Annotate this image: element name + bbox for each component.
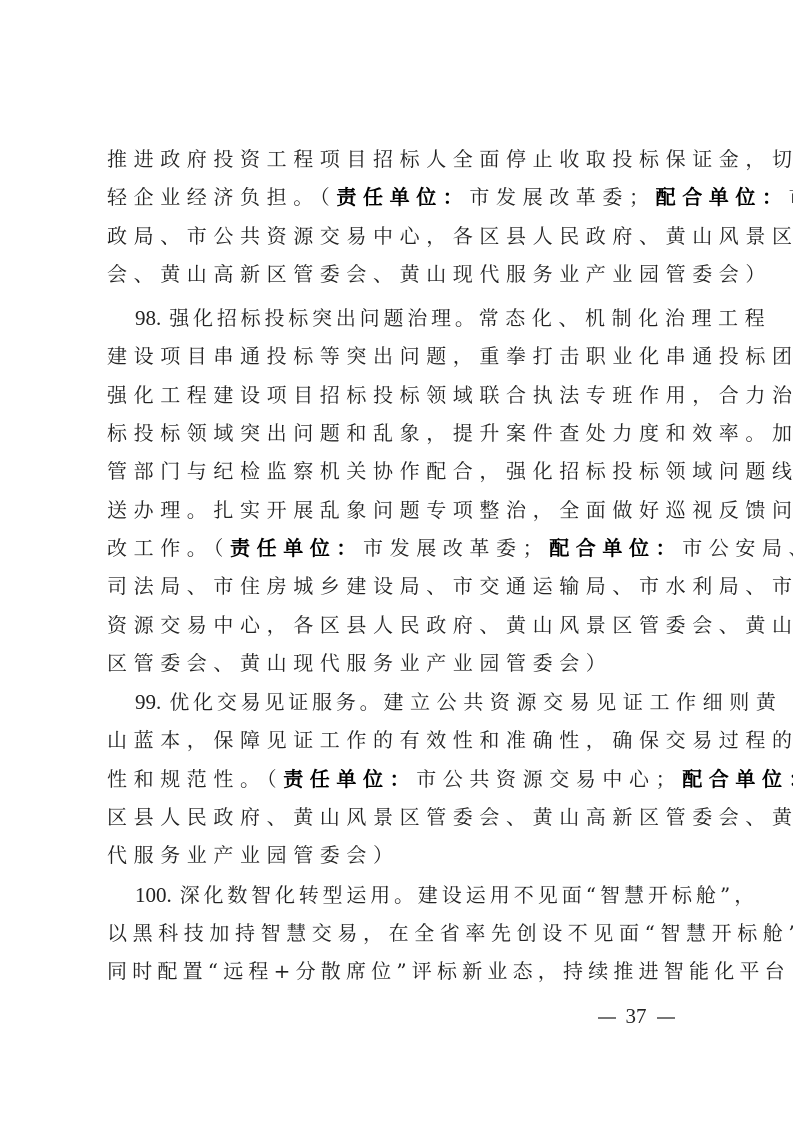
text-line: 以黑科技加持智慧交易，在全省率先创设不见面“智慧开标舱”， <box>107 914 699 952</box>
text-line: 区管委会、黄山现代服务业产业园管委会） <box>107 644 699 682</box>
item-number: 99. <box>135 690 161 714</box>
responsible-unit-label: 责任单位： <box>230 536 363 560</box>
text-segment: 建立公共资源交易见证工作细则黄 <box>383 690 782 714</box>
cooperating-unit-value: 市财 <box>789 185 793 209</box>
responsible-unit-value: 市公共资源交易中心； <box>416 767 682 791</box>
page-number-footer: 37 <box>586 1004 686 1029</box>
text-line: 建设项目串通投标等突出问题，重拳打击职业化串通投标团伙。 <box>107 337 699 375</box>
text-line: 区县人民政府、黄山风景区管委会、黄山高新区管委会、黄山现 <box>107 798 699 836</box>
text-line: 司法局、市住房城乡建设局、市交通运输局、市水利局、市公共 <box>107 567 699 605</box>
text-line: 推进政府投资工程项目招标人全面停止收取投标保证金，切实减 <box>107 140 699 178</box>
item-99-heading-line: 99.优化交易见证服务。建立公共资源交易见证工作细则黄 <box>107 683 699 721</box>
text-line-responsibility: 改工作。（责任单位：市发展改革委；配合单位：市公安局、市 <box>107 529 699 567</box>
cooperating-unit-value: 市公安局、市 <box>682 536 793 560</box>
responsible-unit-label: 责任单位： <box>336 185 469 209</box>
page-number: 37 <box>626 1004 647 1028</box>
text-line: 山蓝本，保障见证工作的有效性和准确性，确保交易过程的合法 <box>107 721 699 759</box>
text-segment: 常态化、机制化治理工程 <box>479 306 772 330</box>
document-body: 推进政府投资工程项目招标人全面停止收取投标保证金，切实减 轻企业经济负担。（责任… <box>107 140 699 991</box>
responsible-unit-label: 责任单位： <box>283 767 416 791</box>
responsible-unit-value: 市发展改革委； <box>469 185 655 209</box>
text-line: 标投标领域突出问题和乱象，提升案件查处力度和效率。加强公 <box>107 414 699 452</box>
cooperating-unit-label: 配合单位： <box>549 536 682 560</box>
text-line: 会、黄山高新区管委会、黄山现代服务业产业园管委会） <box>107 255 699 293</box>
document-page: 推进政府投资工程项目招标人全面停止收取投标保证金，切实减 轻企业经济负担。（责任… <box>0 0 793 1122</box>
cooperating-unit-label: 配合单位： <box>682 767 793 791</box>
item-98-heading-line: 98.强化招标投标突出问题治理。常态化、机制化治理工程 <box>107 299 699 337</box>
item-title: 优化交易见证服务。 <box>169 690 383 714</box>
text-line: 资源交易中心，各区县人民政府、黄山风景区管委会、黄山高新 <box>107 606 699 644</box>
item-title: 强化招标投标突出问题治理。 <box>169 306 478 330</box>
item-title: 深化数智化转型运用。 <box>180 883 418 907</box>
text-line-responsibility: 轻企业经济负担。（责任单位：市发展改革委；配合单位：市财 <box>107 178 699 216</box>
text-line: 政局、市公共资源交易中心，各区县人民政府、黄山风景区管委 <box>107 217 699 255</box>
cooperating-unit-label: 配合单位： <box>656 185 789 209</box>
text-segment: 性和规范性。（ <box>107 767 283 791</box>
text-segment: 轻企业经济负担。（ <box>107 185 336 209</box>
text-line: 代服务业产业园管委会） <box>107 836 699 874</box>
text-segment: 建设运用不见面“智慧开标舱”， <box>418 883 758 907</box>
item-number: 100. <box>135 883 172 907</box>
text-line: 管部门与纪检监察机关协作配合，强化招标投标领域问题线索移 <box>107 452 699 490</box>
item-100-heading-line: 100.深化数智化转型运用。建设运用不见面“智慧开标舱”， <box>107 876 699 914</box>
left-dash <box>598 1017 616 1019</box>
item-number: 98. <box>135 306 161 330</box>
right-dash <box>657 1017 675 1019</box>
text-line: 同时配置“远程+分散席位”评标新业态，持续推进智能化平台 <box>107 952 699 990</box>
responsible-unit-value: 市发展改革委； <box>363 536 549 560</box>
text-line-responsibility: 性和规范性。（责任单位：市公共资源交易中心；配合单位：各 <box>107 760 699 798</box>
text-line: 送办理。扎实开展乱象问题专项整治，全面做好巡视反馈问题整 <box>107 491 699 529</box>
text-line: 强化工程建设项目招标投标领域联合执法专班作用，合力治理招 <box>107 376 699 414</box>
text-segment: 改工作。（ <box>107 536 230 560</box>
